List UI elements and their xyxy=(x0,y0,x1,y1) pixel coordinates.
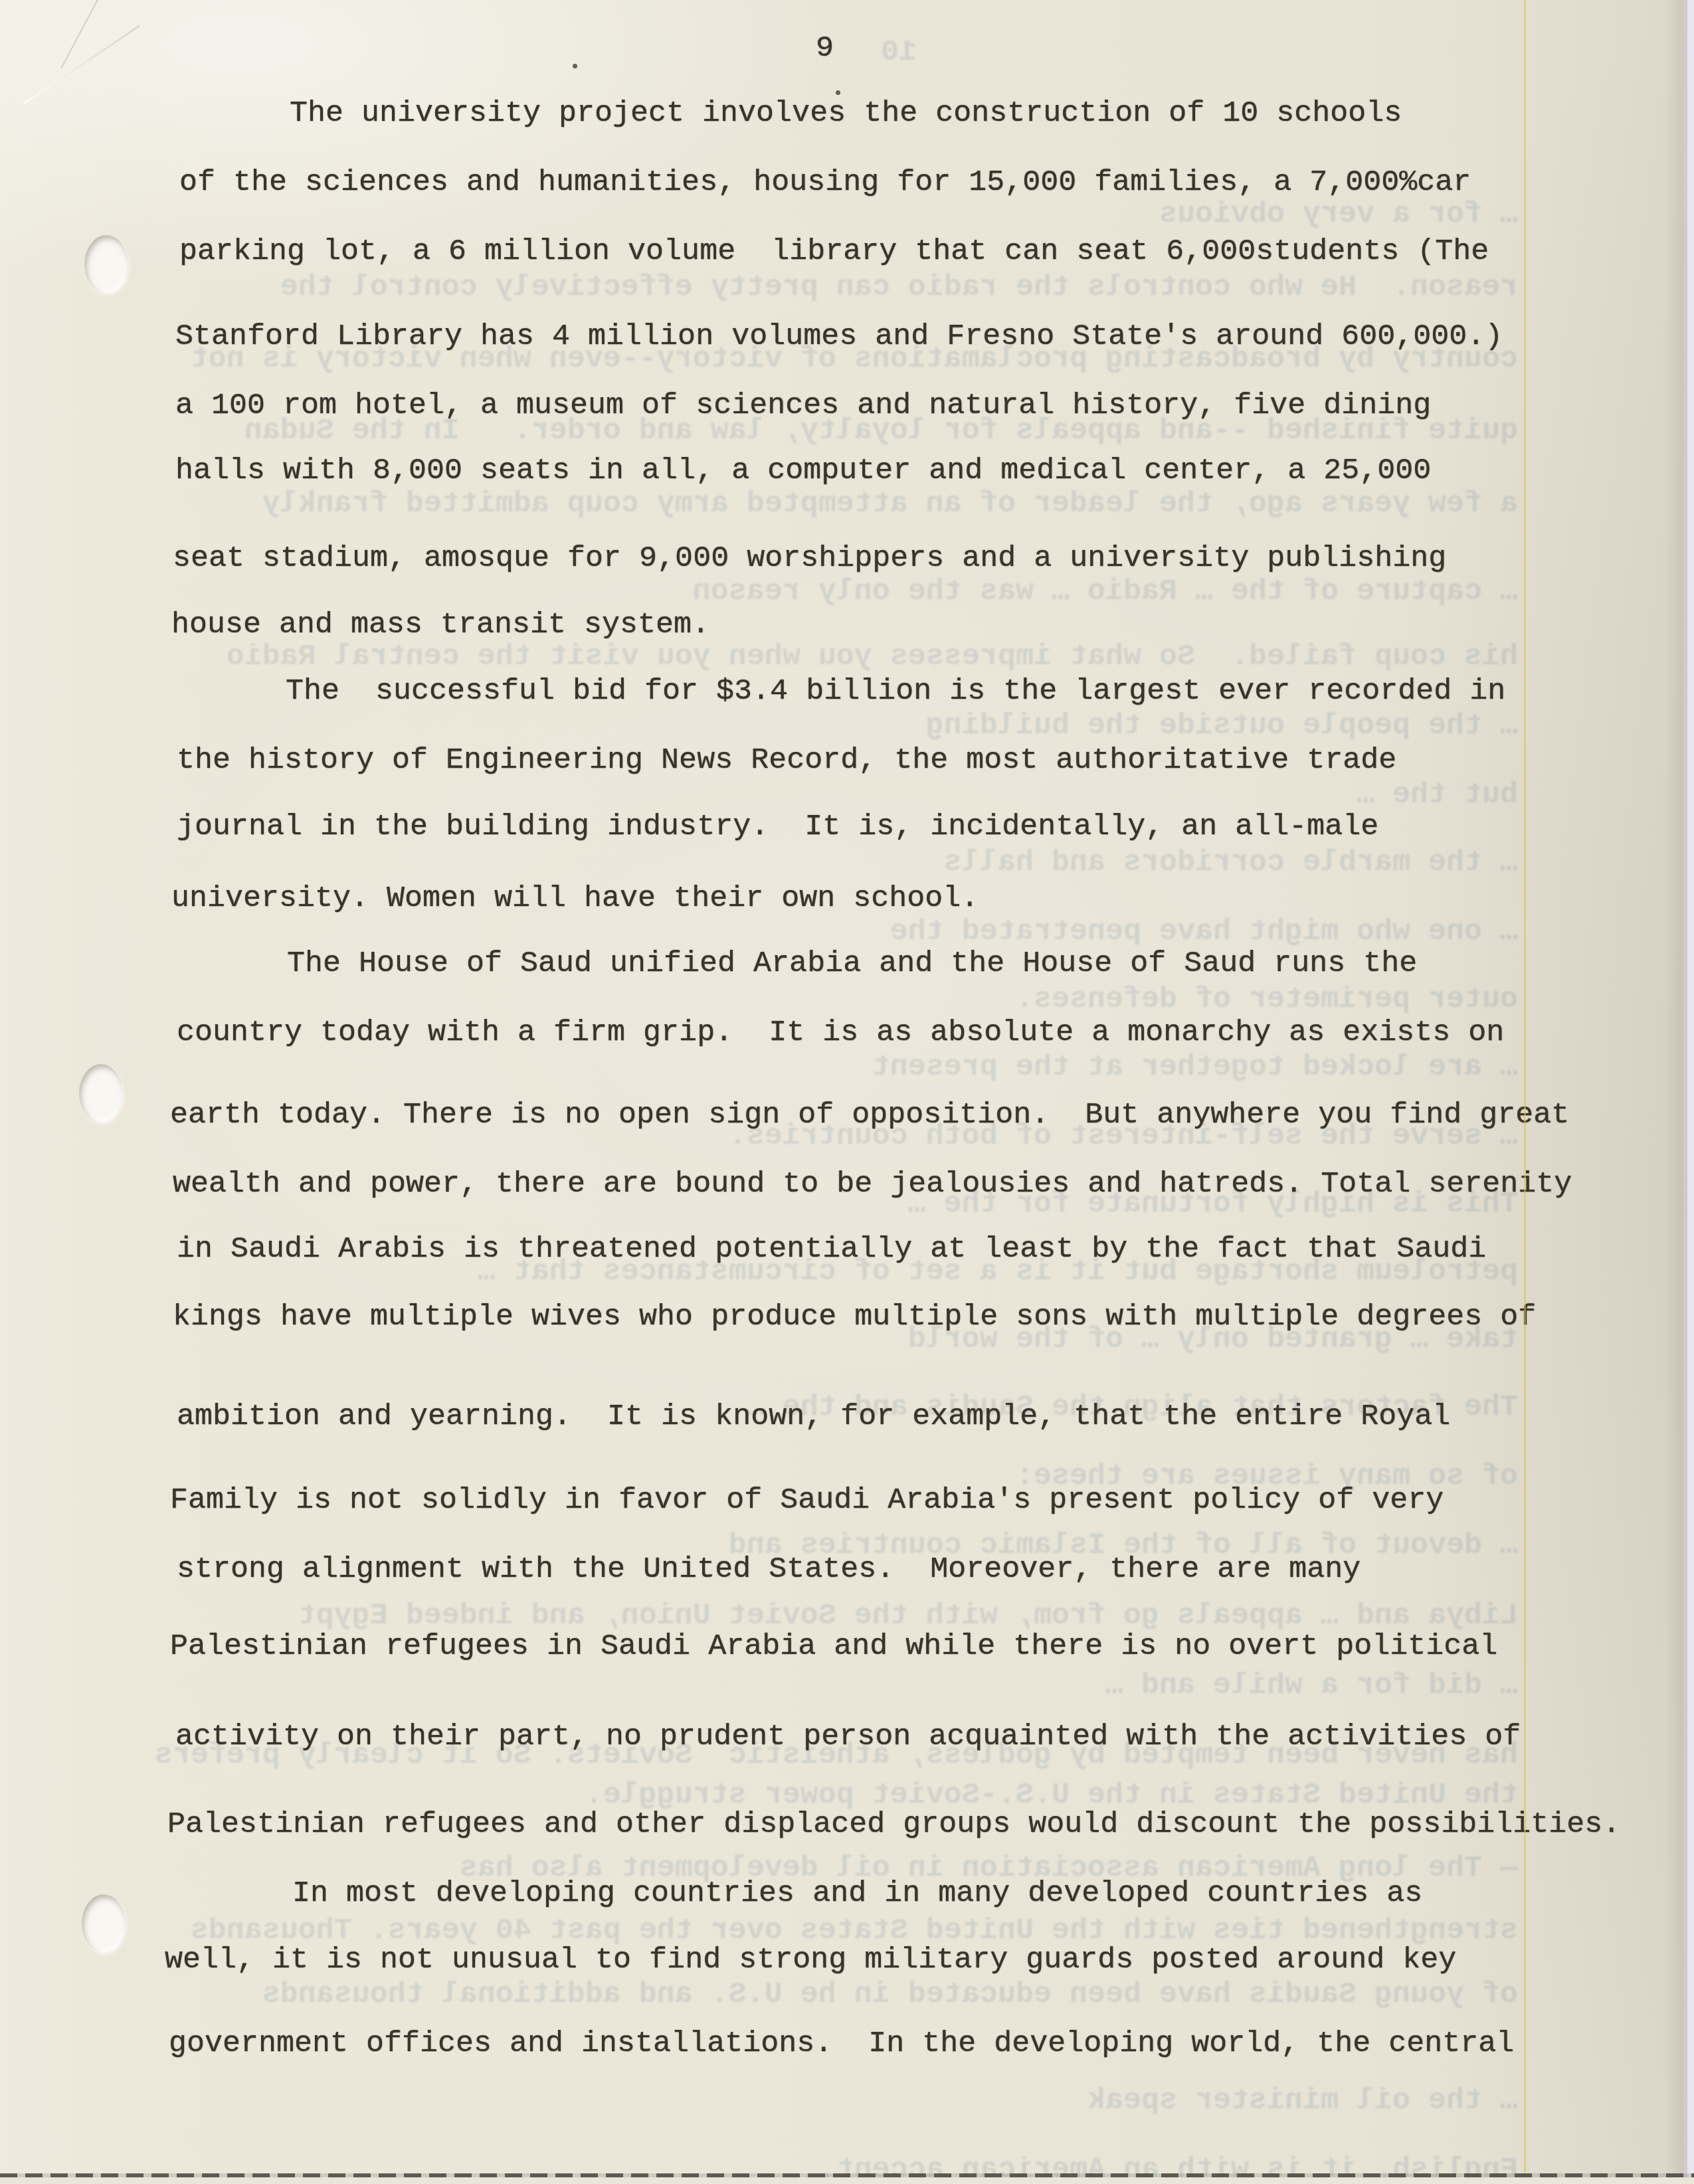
typed-line: the history of Engineering News Record, … xyxy=(177,745,1396,775)
typed-line: halls with 8,000 seats in all, a compute… xyxy=(175,456,1431,486)
typed-line: The university project involves the cons… xyxy=(290,98,1402,128)
typed-line: house and mass transit system. xyxy=(171,610,709,640)
page-right-edge-shade xyxy=(1665,0,1683,2184)
bleedthrough-line: … capture of the … Radio … was the only … xyxy=(693,577,1518,606)
typed-line: parking lot, a 6 million volume library … xyxy=(179,236,1489,266)
bleedthrough-line: a few years ago, the leader of an attemp… xyxy=(262,489,1518,519)
typed-line: kings have multiple wives who produce mu… xyxy=(173,1302,1536,1332)
bleedthrough-line: outer perimeter of defenses. xyxy=(1016,984,1518,1014)
typed-line: in Saudi Arabis is threatened potentiall… xyxy=(177,1234,1486,1264)
bleedthrough-line: of young Saudis have been educated in he… xyxy=(262,1979,1518,2009)
typed-line: university. Women will have their own sc… xyxy=(171,883,979,913)
typed-line: The successful bid for $3.4 billion is t… xyxy=(286,676,1505,706)
bleedthrough-line: … one who might have penetrated the xyxy=(890,917,1518,947)
bleedthrough-line: Libya and … appeals go from, with the So… xyxy=(298,1601,1518,1631)
typed-line: seat stadium, amosque for 9,000 worshipp… xyxy=(173,543,1446,573)
typed-line: Palestinian refugees and other displaced… xyxy=(167,1809,1620,1839)
scan-edge-right-outer xyxy=(1687,0,1694,2184)
bleedthrough-line: … are locked together at the present xyxy=(872,1052,1518,1082)
bleedthrough-line: … the people outside the building xyxy=(926,711,1518,741)
typed-line: a 100 rom hotel, a museum of sciences an… xyxy=(175,391,1431,420)
ink-speck xyxy=(836,90,840,95)
corner-crease xyxy=(60,0,105,68)
bleedthrough-line: 10 xyxy=(881,37,917,67)
punch-hole xyxy=(82,1894,126,1953)
page-number: 9 xyxy=(816,33,834,63)
typed-line: Palestinian refugees in Saudi Arabia and… xyxy=(170,1631,1497,1661)
ink-speck xyxy=(573,64,577,68)
right-margin-rule xyxy=(1524,0,1526,2184)
typed-line: country today with a firm grip. It is as… xyxy=(177,1018,1504,1047)
typed-line: earth today. There is no open sign of op… xyxy=(170,1100,1569,1130)
document-page: 10… for a very obviousreason. He who con… xyxy=(0,0,1694,2184)
bleedthrough-line: his coup failed. So what impresses you w… xyxy=(227,642,1518,672)
bleedthrough-line: … the oil minister speak xyxy=(1087,2086,1518,2116)
typed-line: ambition and yearning. It is known, for … xyxy=(177,1402,1450,1431)
punch-hole xyxy=(79,1064,123,1123)
bleedthrough-line: reason. He who controls the radio can pr… xyxy=(280,272,1518,302)
typed-line: Family is not solidly in favor of Saudi … xyxy=(170,1485,1444,1515)
typed-line: strong alignment with the United States.… xyxy=(177,1554,1361,1584)
typed-line: well, it is not unusual to find strong m… xyxy=(165,1945,1456,1975)
typed-line: Stanford Library has 4 million volumes a… xyxy=(175,321,1503,351)
bleedthrough-line: the United States in the U.S.-Soviet pow… xyxy=(585,1780,1518,1810)
corner-crease xyxy=(23,25,140,105)
bleedthrough-line: … the marble corridors and halls xyxy=(944,848,1518,877)
bleedthrough-line: but the … xyxy=(1357,780,1518,810)
typed-line: In most developing countries and in many… xyxy=(292,1878,1422,1908)
punch-hole xyxy=(84,235,128,294)
typed-line: The House of Saud unified Arabia and the… xyxy=(287,949,1417,978)
typed-line: government offices and installations. In… xyxy=(169,2029,1514,2058)
typed-line: of the sciences and humanities, housing … xyxy=(179,167,1471,197)
typed-line: wealth and power, there are bound to be … xyxy=(173,1169,1572,1199)
typed-line: journal in the building industry. It is,… xyxy=(177,812,1378,842)
typed-line: activity on their part, no prudent perso… xyxy=(175,1722,1521,1752)
scan-edge-bottom-paper xyxy=(0,2177,1694,2184)
bleedthrough-line: … did for a while and … xyxy=(1105,1671,1518,1700)
bleedthrough-line: strengthened ties with the United States… xyxy=(191,1916,1518,1946)
bleedthrough-line: … for a very obvious xyxy=(1159,199,1518,229)
